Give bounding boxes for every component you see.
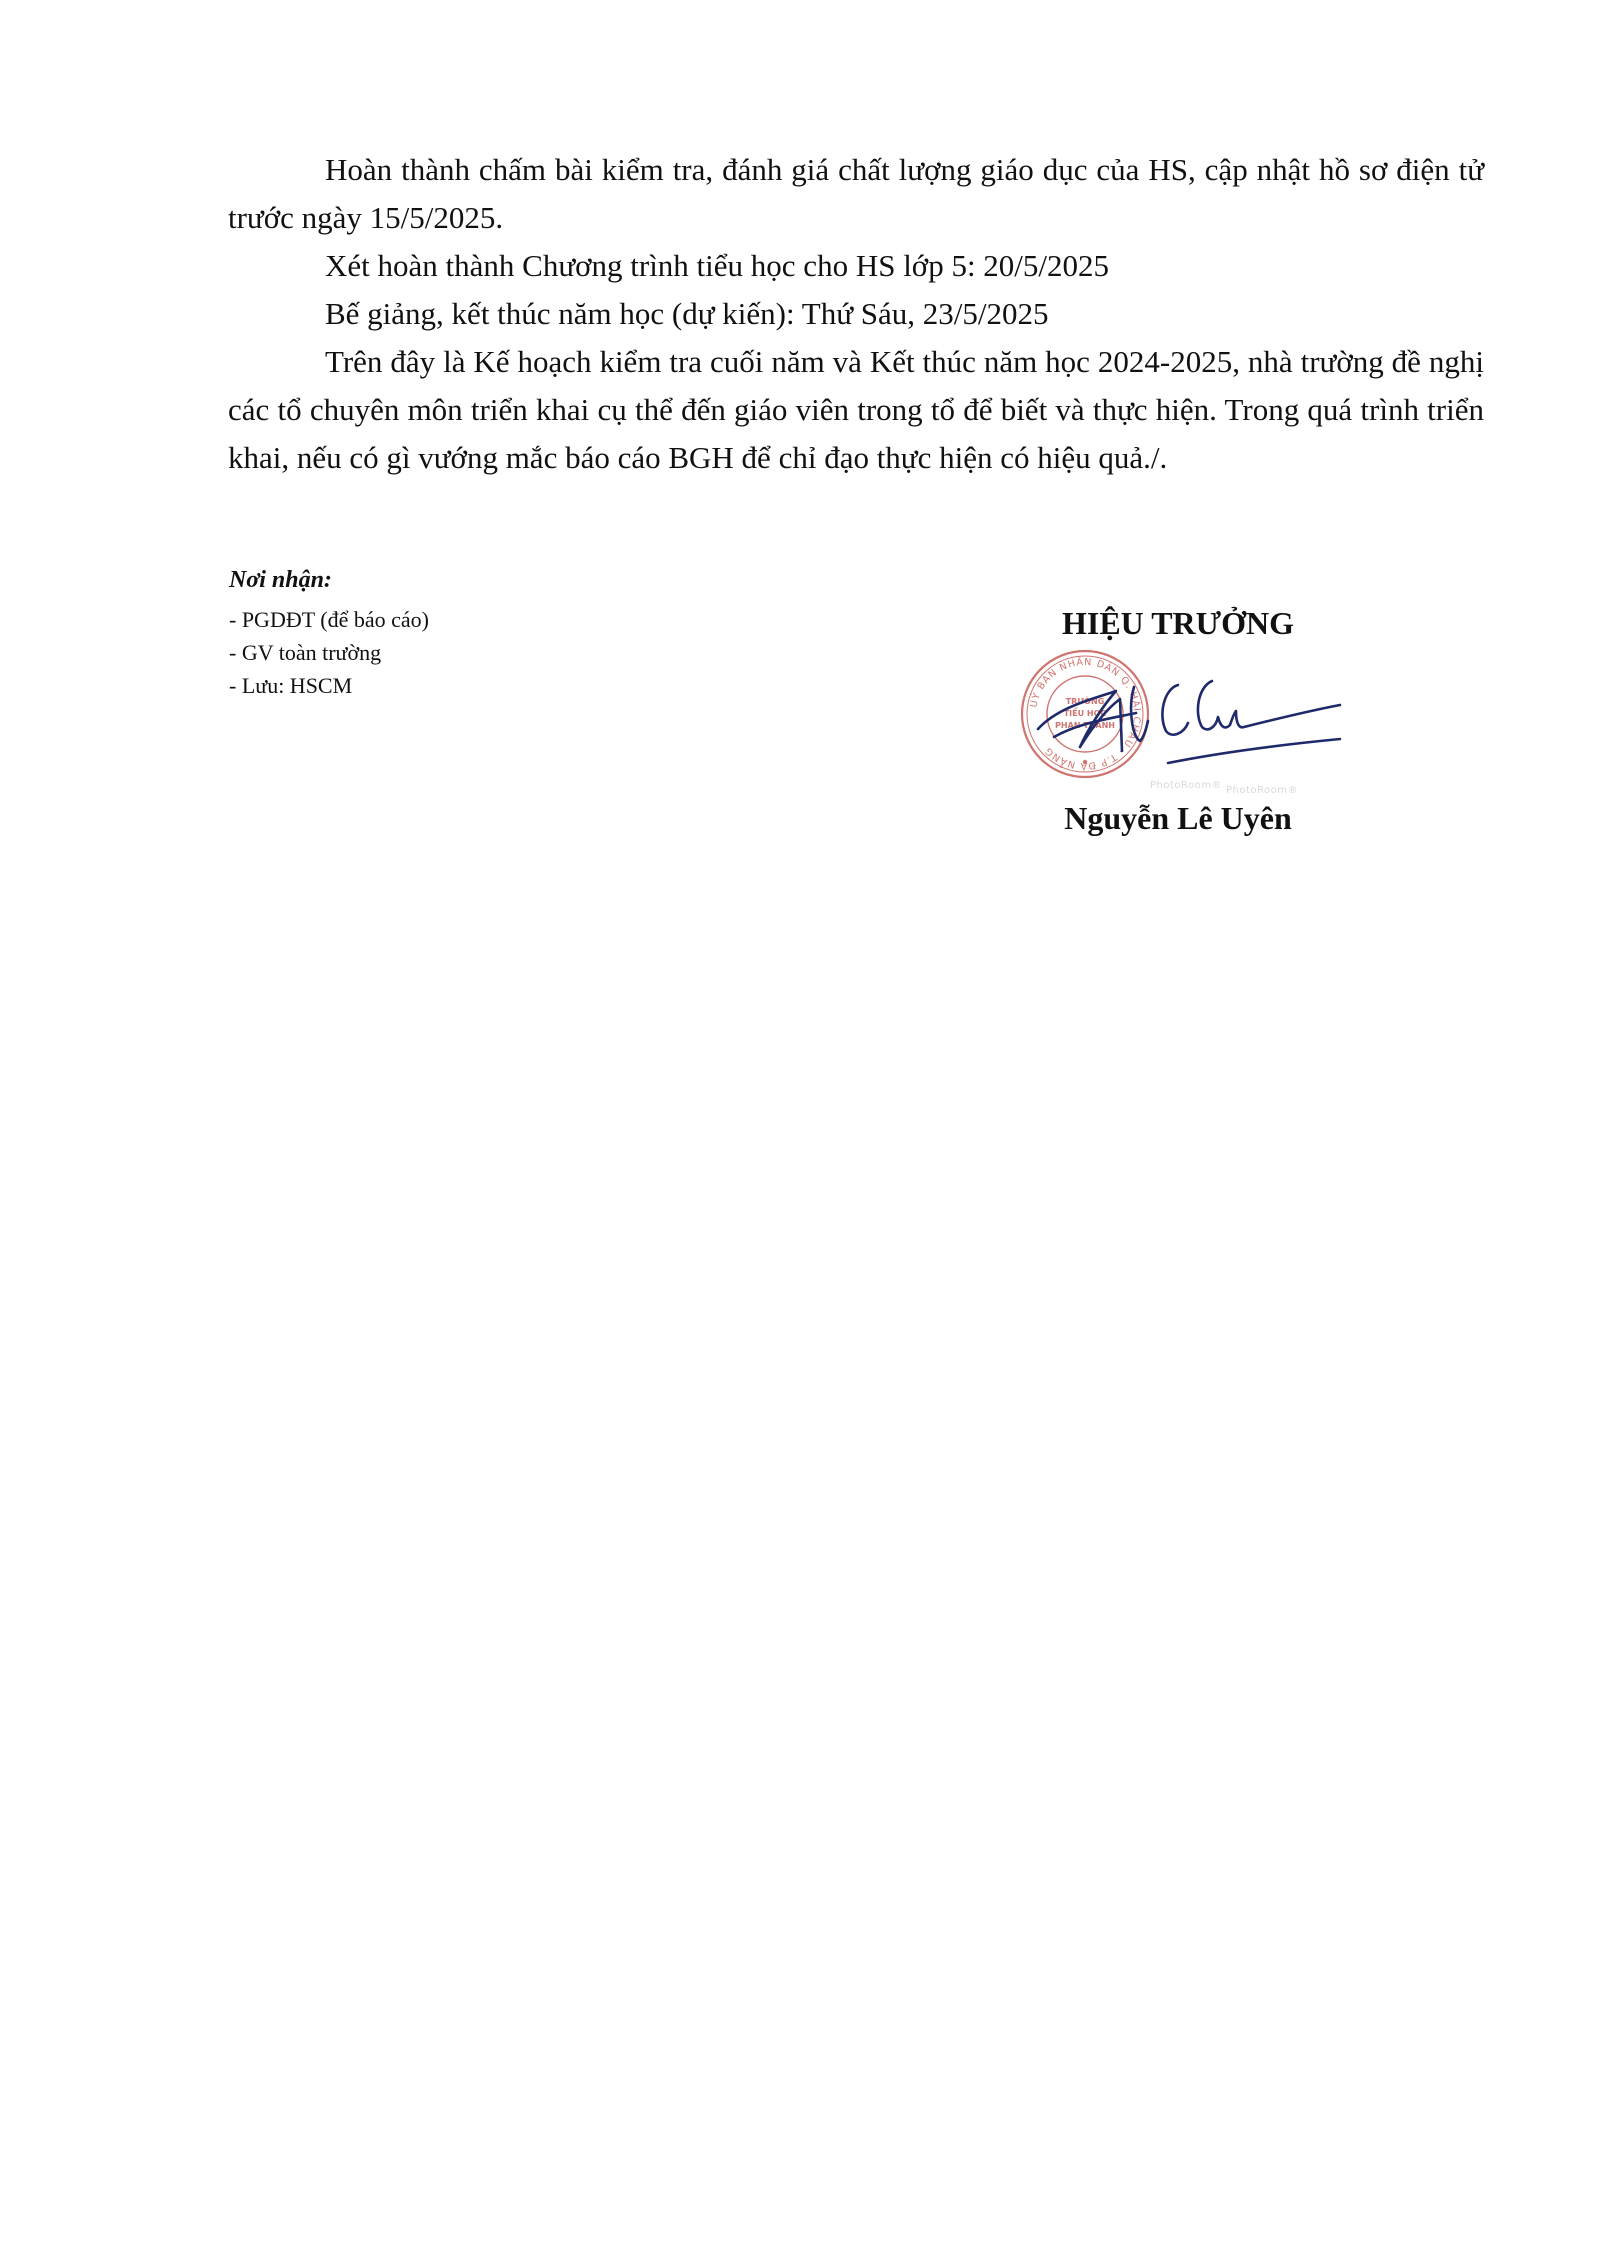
paragraph-graduation-review: Xét hoàn thành Chương trình tiểu học cho… [228,242,1484,290]
paragraph-conclusion: Trên đây là Kế hoạch kiểm tra cuối năm v… [228,338,1484,482]
recipients-block: Nơi nhận: - PGDĐT (để báo cáo) - GV toàn… [229,565,709,702]
photoroom-watermark: PhotoRoom® [1150,780,1222,791]
paragraph-closing-ceremony: Bế giảng, kết thúc năm học (dự kiến): Th… [228,290,1484,338]
document-page: Hoàn thành chấm bài kiểm tra, đánh giá c… [0,0,1600,2263]
photoroom-watermark: PhotoRoom® [1226,785,1298,796]
signer-title: HIỆU TRƯỞNG [968,603,1368,643]
recipient-item: - GV toàn trường [229,636,709,669]
signature-block: HIỆU TRƯỞNG UỶ BAN NHÂN DÂN Q. HẢI CHÂU … [968,595,1368,855]
paragraph-grading-deadline: Hoàn thành chấm bài kiểm tra, đánh giá c… [228,146,1484,242]
recipients-title: Nơi nhận: [229,565,709,595]
recipient-item: - PGDĐT (để báo cáo) [229,603,709,636]
stamp-and-signature: UỶ BAN NHÂN DÂN Q. HẢI CHÂU - T.P ĐÀ NẴN… [1018,647,1348,782]
document-body: Hoàn thành chấm bài kiểm tra, đánh giá c… [228,146,1484,482]
recipient-item: - Lưu: HSCM [229,669,709,702]
signer-name: Nguyễn Lê Uyên [968,798,1368,838]
